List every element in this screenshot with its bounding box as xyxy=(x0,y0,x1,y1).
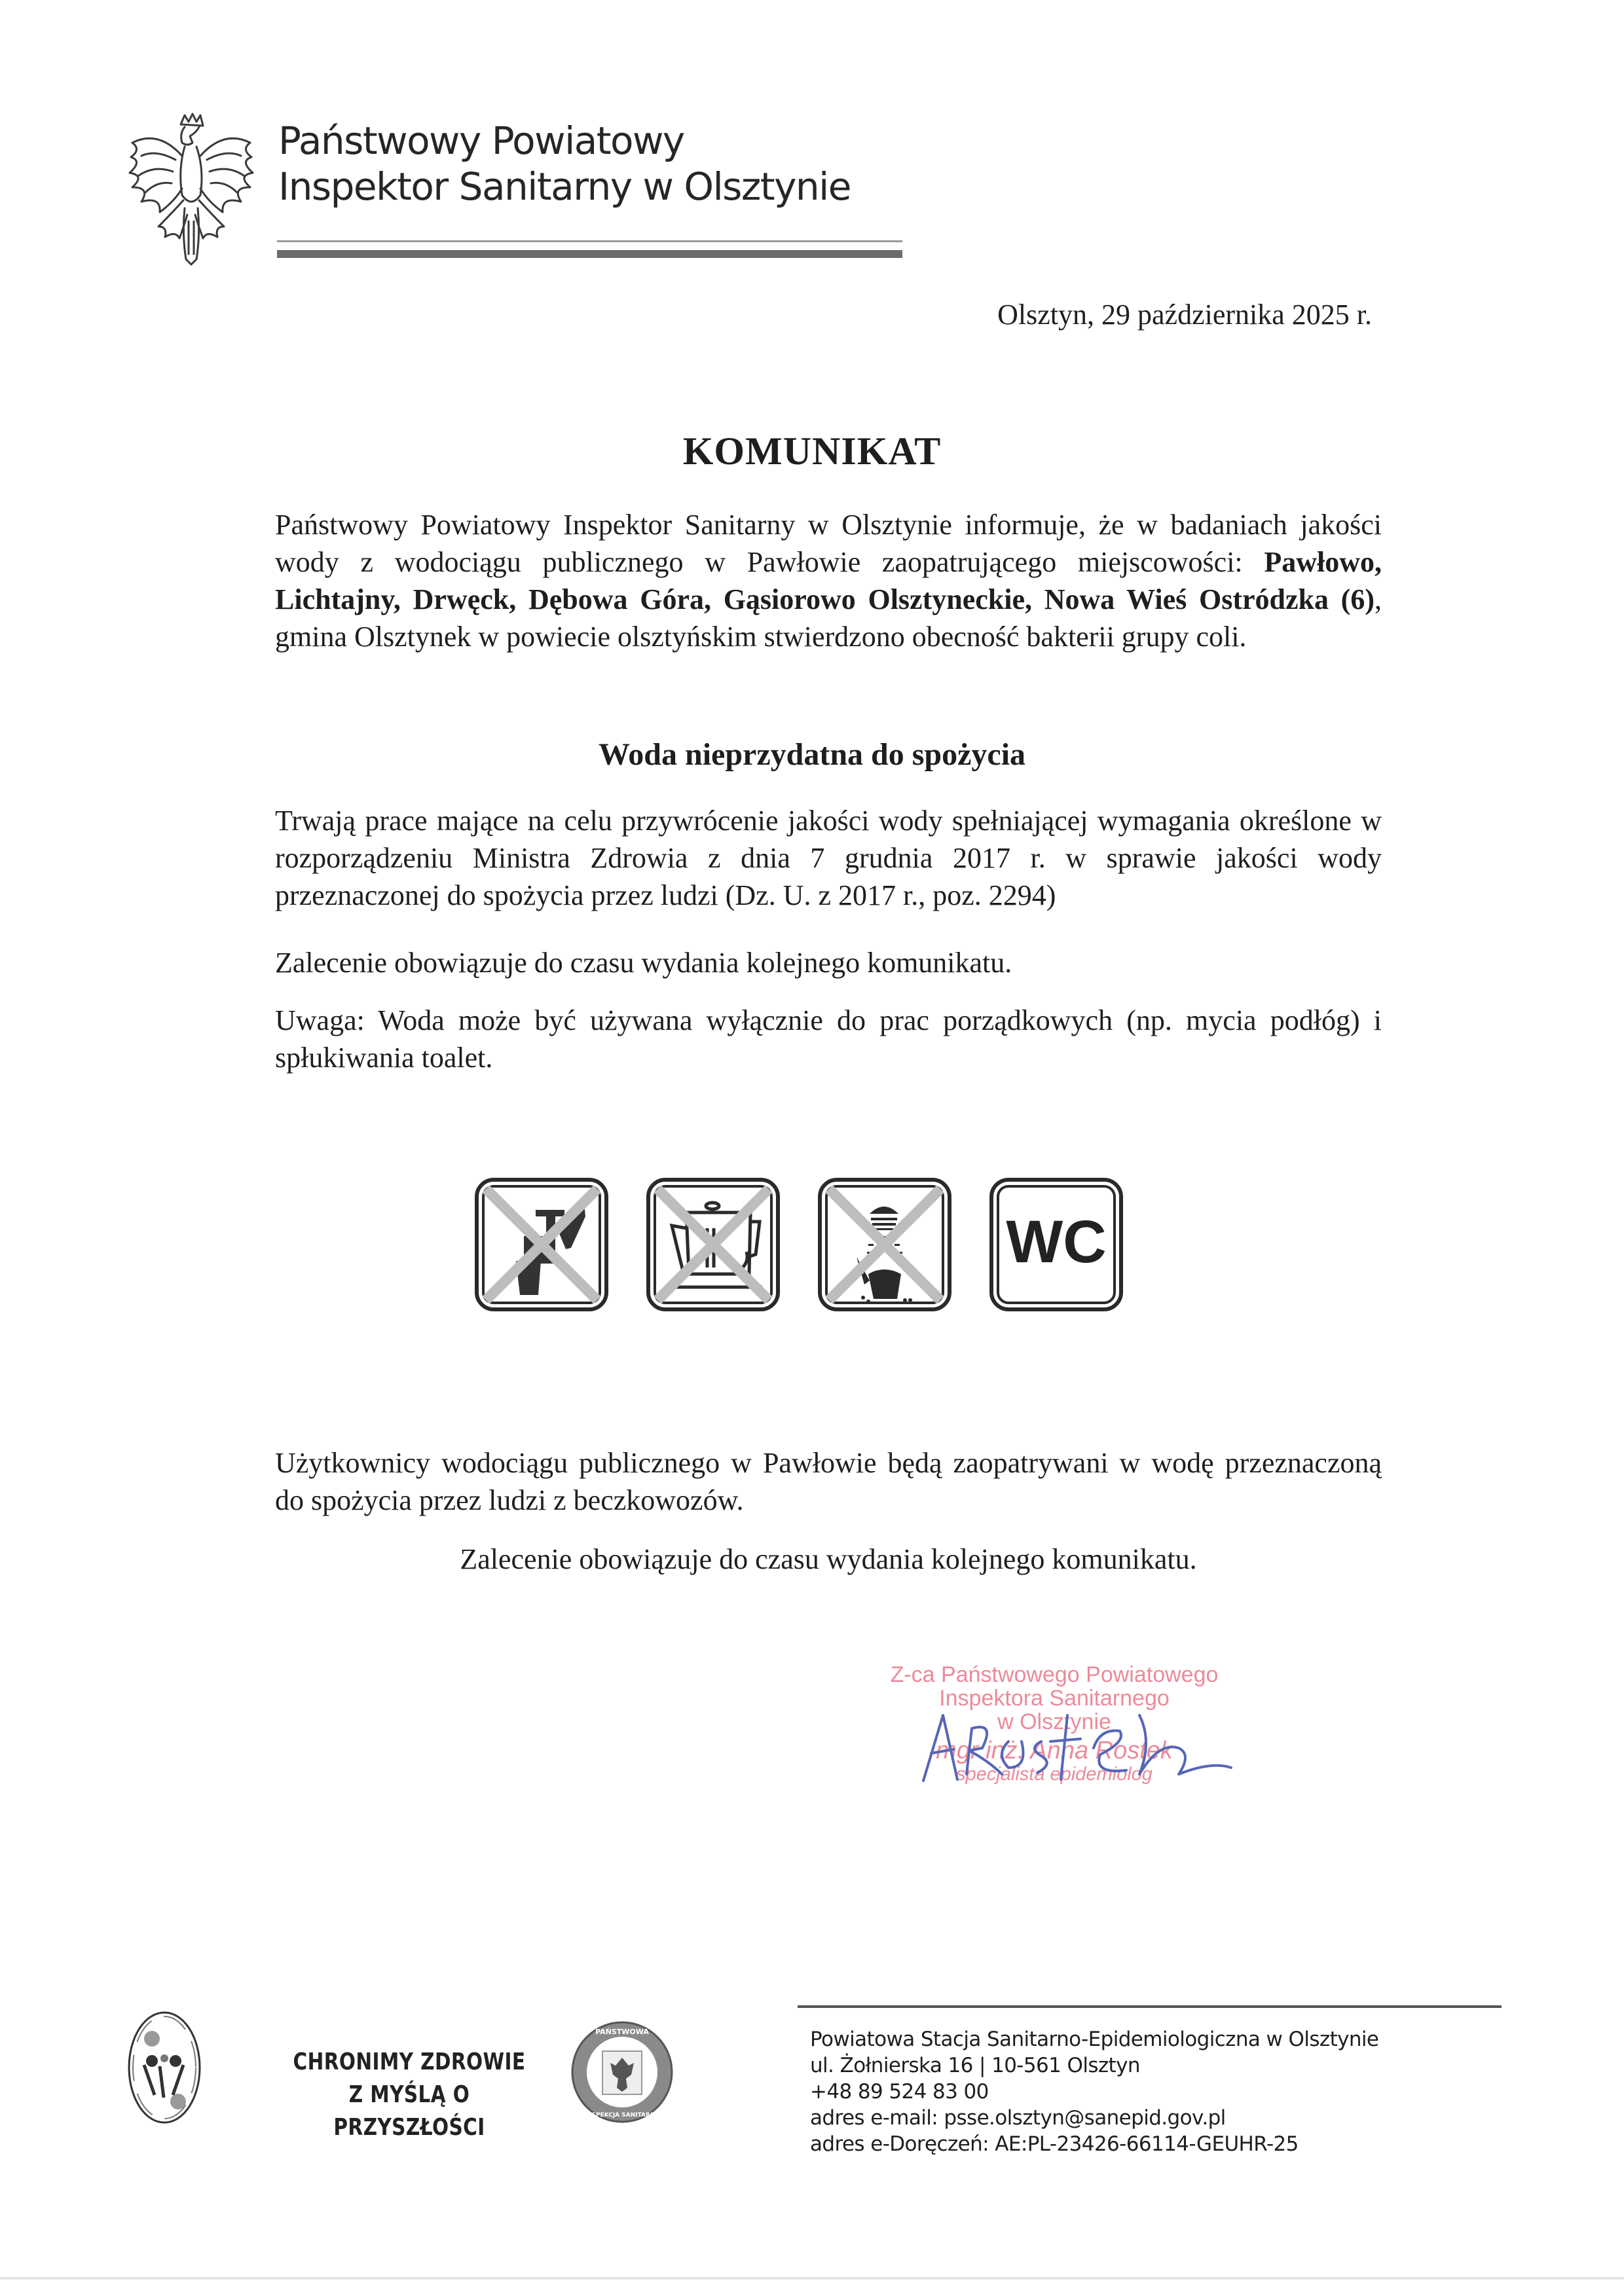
document-date: Olsztyn, 29 października 2025 r. xyxy=(997,298,1372,331)
seal-text-top: PAŃSTWOWA xyxy=(595,2028,649,2036)
polish-eagle-emblem-icon xyxy=(119,110,263,267)
issuer-name-line1: Państwowy Powiatowy xyxy=(278,118,851,164)
health-protection-logo-icon xyxy=(126,2010,203,2124)
validity-paragraph: Zalecenie obowiązuje do czasu wydania ko… xyxy=(275,944,1382,981)
handwritten-signature xyxy=(904,1702,1244,1787)
no-drinking-tap-water-icon xyxy=(473,1176,610,1313)
e-delivery-address: adres e-Doręczeń: AE:PL-23426-66114-GEUH… xyxy=(810,2131,1378,2157)
seal-text-bottom: INSPEKCJA SANITARNA xyxy=(585,2112,660,2119)
usage-pictograms: WC xyxy=(473,1176,1125,1313)
slogan-line2: Z MYŚLĄ O PRZYSZŁOŚCI xyxy=(275,2079,544,2144)
validity-paragraph-2: Zalecenie obowiązuje do czasu wydania ko… xyxy=(275,1540,1382,1578)
footer-divider xyxy=(798,2005,1502,2008)
institution-name: Powiatowa Stacja Sanitarno-Epidemiologic… xyxy=(810,2026,1378,2052)
phone-number: +48 89 524 83 00 xyxy=(810,2079,1378,2105)
wc-label: WC xyxy=(1006,1209,1106,1275)
header-divider-thick xyxy=(277,250,902,258)
scan-edge-line xyxy=(0,2277,1624,2280)
contact-block: Powiatowa Stacja Sanitarno-Epidemiologic… xyxy=(810,2026,1378,2157)
water-supply-paragraph: Użytkownicy wodociągu publicznego w Pawł… xyxy=(275,1444,1382,1519)
warning-heading: Woda nieprzydatna do spożycia xyxy=(0,737,1624,773)
intro-text-start: Państwowy Powiatowy Inspektor Sanitarny … xyxy=(275,509,1382,578)
document-title: KOMUNIKAT xyxy=(0,429,1624,474)
usage-note-paragraph: Uwaga: Woda może być używana wyłącznie d… xyxy=(275,1002,1382,1076)
email-address: adres e-mail: psse.olsztyn@sanepid.gov.p… xyxy=(810,2105,1378,2131)
header-divider-thin xyxy=(277,240,902,242)
no-cooking-kettle-icon xyxy=(644,1176,782,1313)
no-washing-dishes-icon xyxy=(816,1176,953,1313)
issuer-name: Państwowy Powiatowy Inspektor Sanitarny … xyxy=(278,118,851,210)
footer-slogan: CHRONIMY ZDROWIE Z MYŚLĄ O PRZYSZŁOŚCI xyxy=(275,2046,544,2144)
slogan-line1: CHRONIMY ZDROWIE xyxy=(275,2046,544,2079)
sanitary-inspection-seal-icon: PAŃSTWOWA INSPEKCJA SANITARNA xyxy=(570,2020,674,2124)
wc-allowed-icon: WC xyxy=(987,1176,1125,1313)
works-paragraph: Trwają prace mające na celu przywrócenie… xyxy=(275,802,1382,914)
stamp-line1: Z-ca Państwowego Powiatowego xyxy=(858,1663,1251,1686)
intro-paragraph: Państwowy Powiatowy Inspektor Sanitarny … xyxy=(275,506,1382,655)
issuer-name-line2: Inspektor Sanitarny w Olsztynie xyxy=(278,164,851,210)
postal-address: ul. Żołnierska 16 | 10-561 Olsztyn xyxy=(810,2052,1378,2079)
